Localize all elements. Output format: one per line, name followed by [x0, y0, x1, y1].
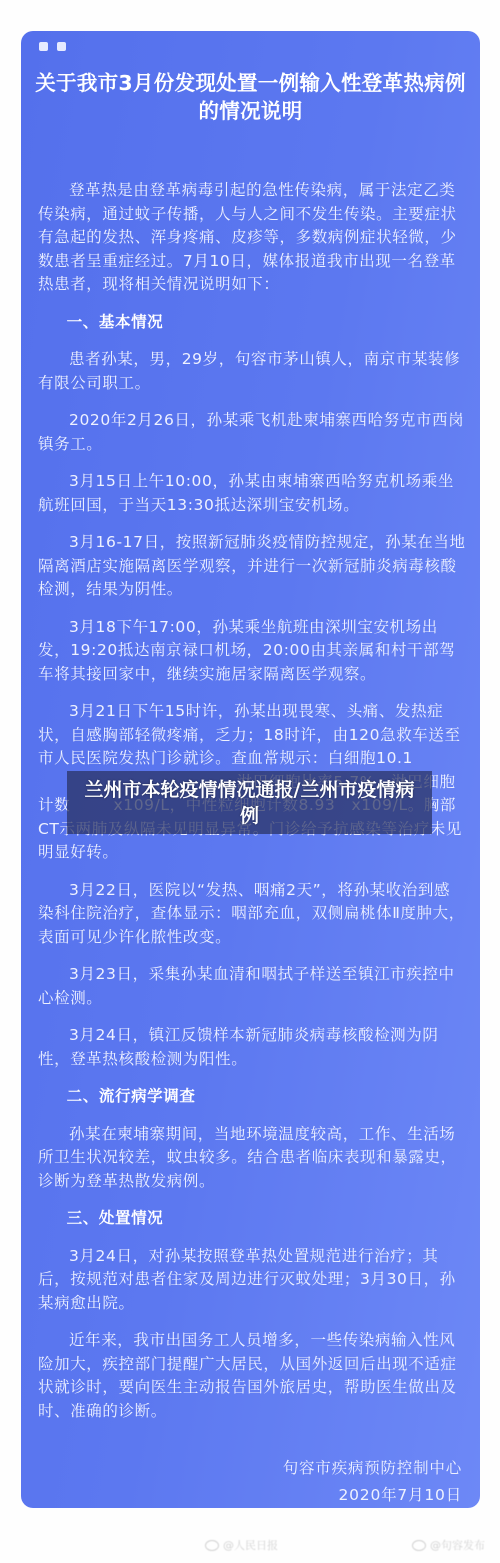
section-heading-handling: 三、处置情况	[38, 1207, 466, 1231]
signature-org: 句容市疾病预防控制中心	[283, 1455, 462, 1482]
section-heading-epidemiology: 二、流行病学调查	[38, 1085, 466, 1109]
paragraph: 3月24日，镇江反馈样本新冠肺炎病毒核酸检测为阴性，登革热核酸检测为阳性。	[38, 1024, 466, 1071]
title-line-1: 关于我市3月份发现处置一例输入性登革热病例	[21, 69, 480, 97]
overlay-caption: 兰州市本轮疫情情况通报/兰州市疫情病例	[80, 777, 420, 829]
signature-date: 2020年7月10日	[283, 1482, 462, 1509]
square-dot-icon	[39, 42, 48, 51]
watermark-left: @人民日报	[205, 1537, 278, 1553]
weibo-icon	[205, 1540, 219, 1551]
paragraph: 2020年2月26日，孙某乘飞机赴柬埔寨西哈努克市西岗镇务工。	[38, 409, 466, 456]
page: 关于我市3月份发现处置一例输入性登革热病例 的情况说明 登革热是由登革病毒引起的…	[0, 0, 500, 1563]
paragraph: 孙某在柬埔寨期间，当地环境温度较高，工作、生活场所卫生状况较差，蚊虫较多。结合患…	[38, 1123, 466, 1194]
window-dots	[39, 42, 66, 51]
weibo-icon	[412, 1540, 426, 1551]
intro-paragraph: 登革热是由登革病毒引起的急性传染病，属于法定乙类传染病，通过蚊子传播，人与人之间…	[38, 179, 466, 297]
document-title: 关于我市3月份发现处置一例输入性登革热病例 的情况说明	[21, 69, 480, 125]
paragraph: 3月23日，采集孙某血清和咽拭子样送至镇江市疾控中心检测。	[38, 963, 466, 1010]
title-line-2: 的情况说明	[21, 97, 480, 125]
caption-overlay: 兰州市本轮疫情情况通报/兰州市疫情病例	[67, 771, 432, 834]
paragraph: 3月15日上午10:00，孙某由柬埔寨西哈努克机场乘坐航班回国，于当天13:30…	[38, 470, 466, 517]
paragraph: 3月18下午17:00，孙某乘坐航班由深圳宝安机场出发，19:20抵达南京禄口机…	[38, 616, 466, 687]
signature-block: 句容市疾病预防控制中心 2020年7月10日	[283, 1455, 462, 1509]
watermark-text: @人民日报	[223, 1537, 278, 1553]
square-dot-icon	[57, 42, 66, 51]
paragraph: 3月16-17日，按照新冠肺炎疫情防控规定，孙某在当地隔离酒店实施隔离医学观察，…	[38, 531, 466, 602]
paragraph: 近年来，我市出国务工人员增多，一些传染病输入性风险加大，疾控部门提醒广大居民，从…	[38, 1329, 466, 1423]
paragraph: 3月22日，医院以“发热、咽痛2天”，将孙某收治到感染科住院治疗，查体显示：咽部…	[38, 879, 466, 950]
watermark-right: @句容发布	[412, 1537, 485, 1553]
notice-card: 关于我市3月份发现处置一例输入性登革热病例 的情况说明 登革热是由登革病毒引起的…	[21, 31, 480, 1508]
paragraph: 3月24日，对孙某按照登革热处置规范进行治疗；其后，按规范对患者住家及周边进行灭…	[38, 1245, 466, 1316]
section-heading-basic-info: 一、基本情况	[38, 311, 466, 335]
watermark-text: @句容发布	[430, 1537, 485, 1553]
paragraph: 患者孙某，男，29岁，句容市茅山镇人，南京市某装修有限公司职工。	[38, 348, 466, 395]
